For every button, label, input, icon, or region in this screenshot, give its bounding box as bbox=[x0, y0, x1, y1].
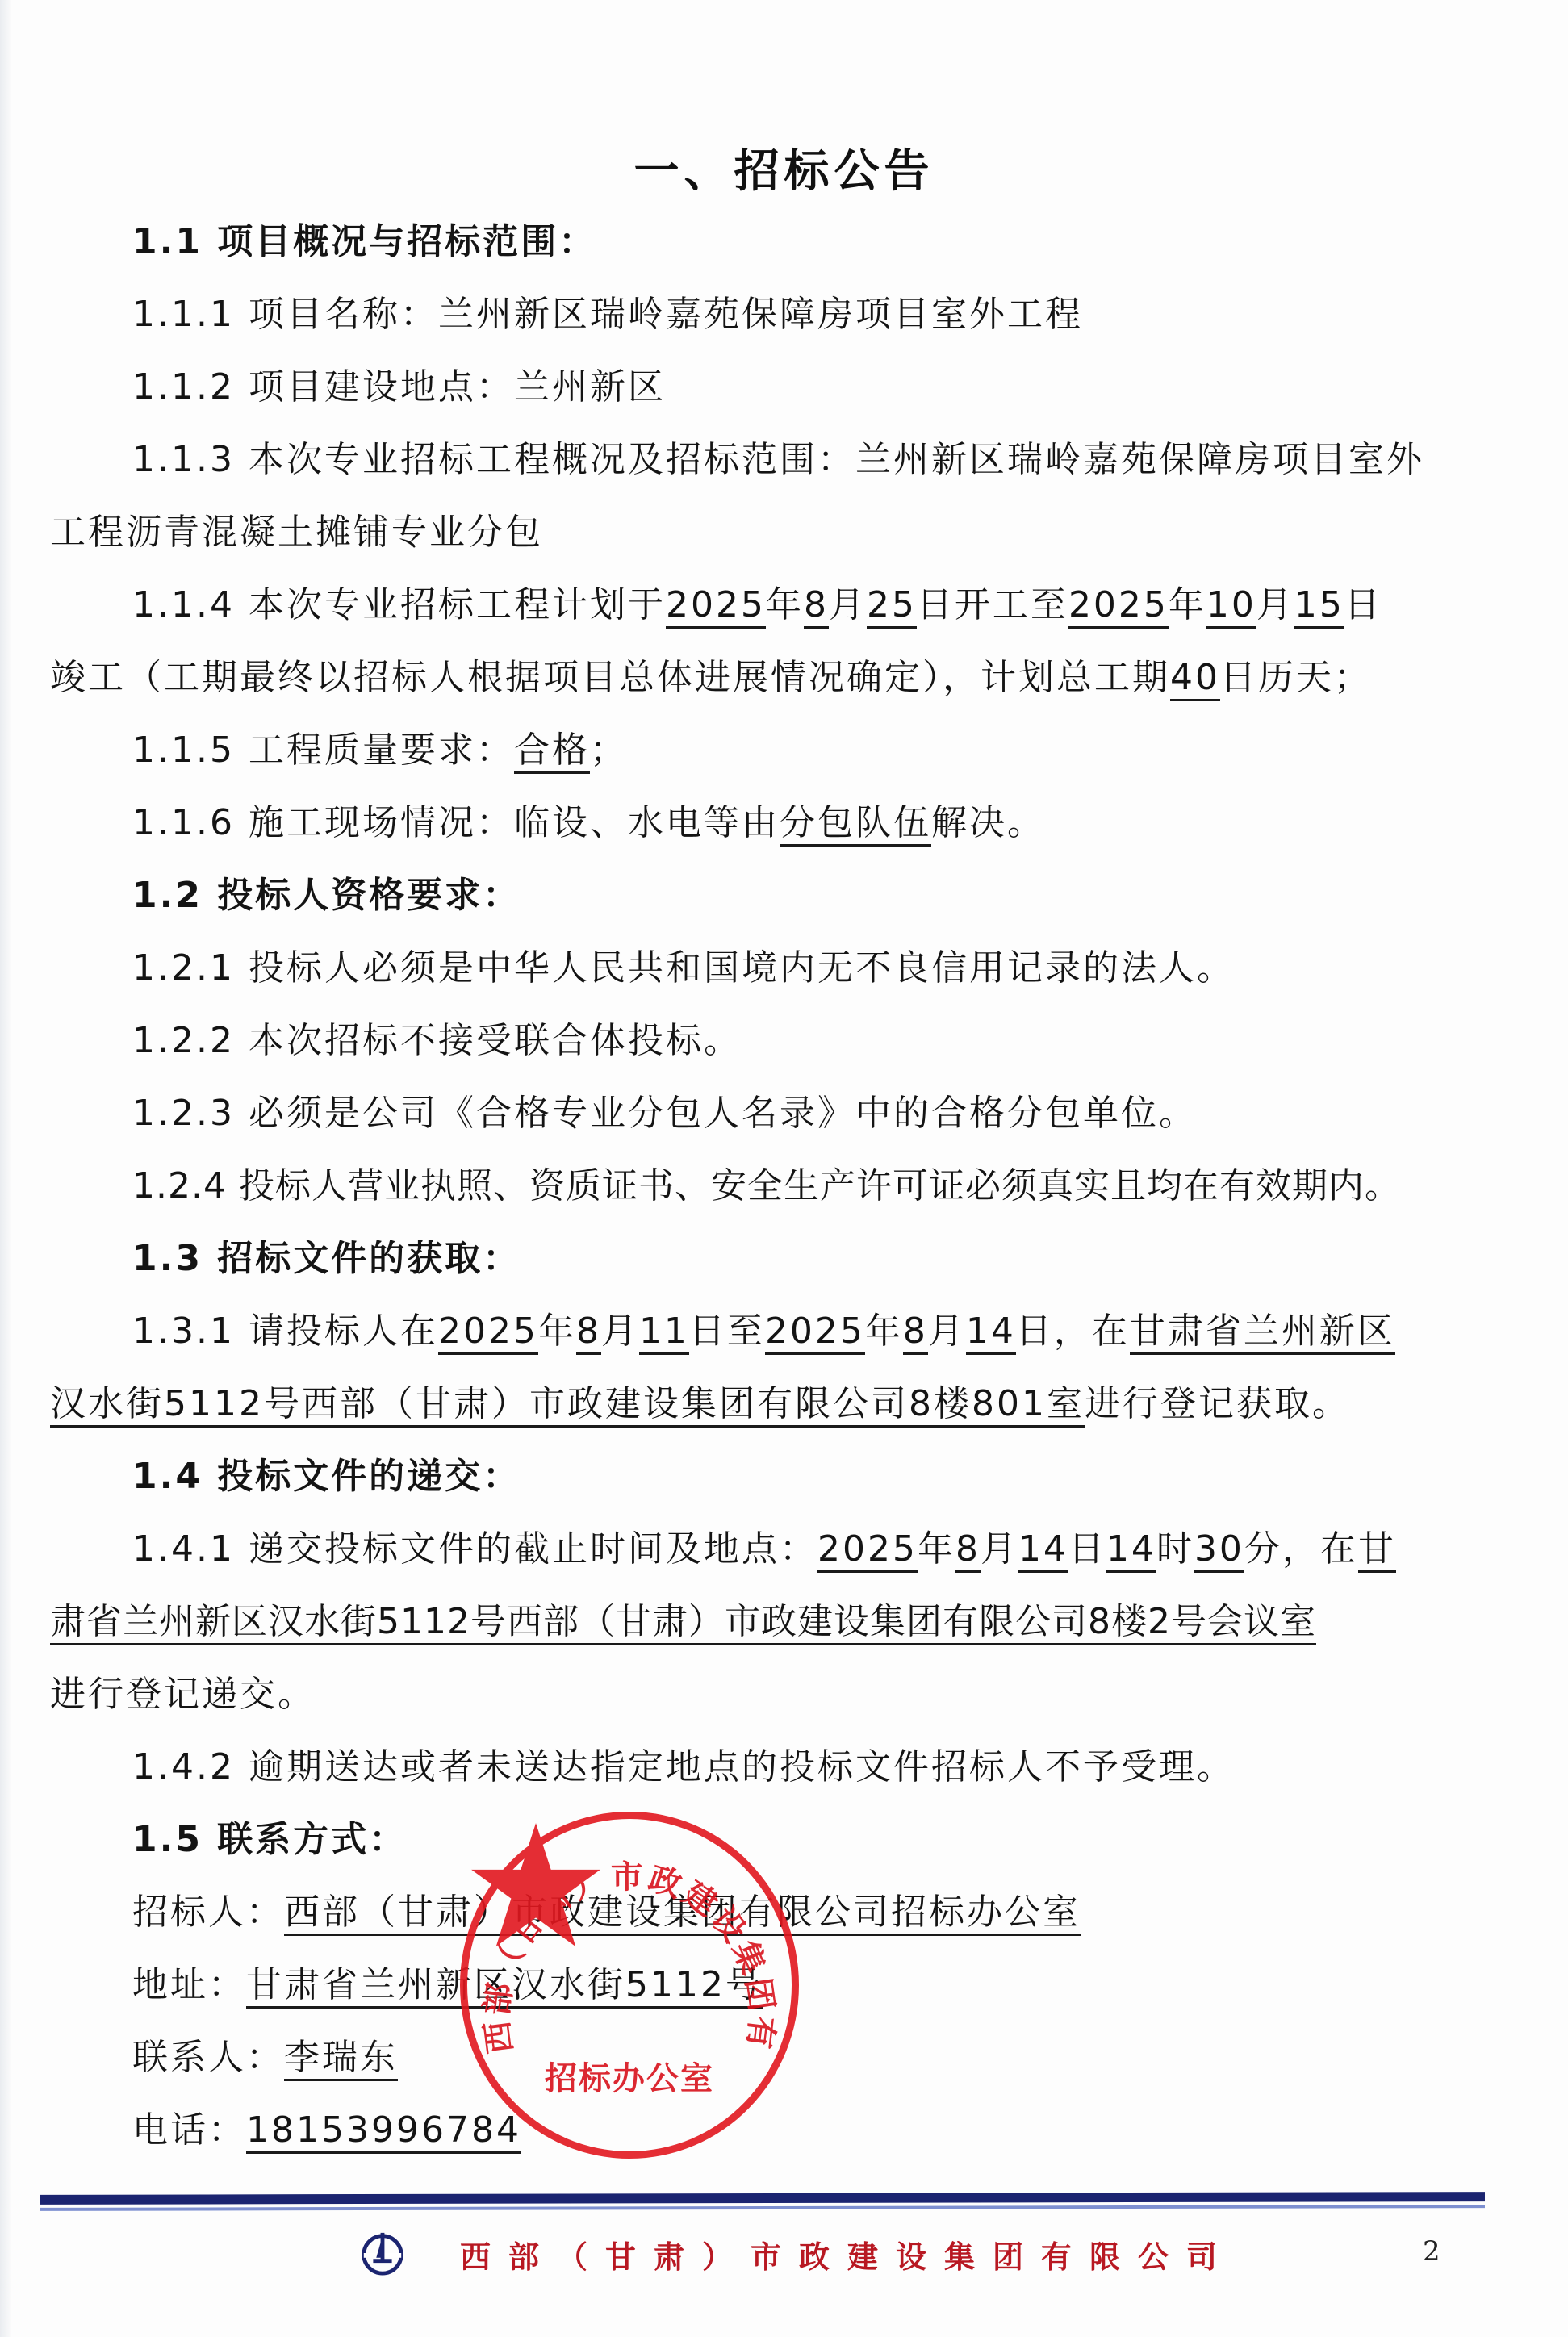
obtain-to-year: 2025 bbox=[765, 1311, 865, 1355]
scan-edge bbox=[0, 0, 11, 2337]
start-day: 25 bbox=[867, 584, 917, 629]
section-heading-1-2: 1.2 投标人资格要求： bbox=[132, 872, 521, 920]
submit-address-part2: 肃省兰州新区汉水街5112号西部（甘肃）市政建设集团有限公司8楼2号会议室 bbox=[50, 1601, 1316, 1645]
contact-address: 地址：甘肃省兰州新区汉水街5112号 bbox=[132, 1961, 763, 2009]
unit-text: 日至 bbox=[689, 1311, 765, 1352]
field-label: 地址： bbox=[132, 1964, 246, 2005]
page-title: 一、招标公告 bbox=[0, 136, 1568, 200]
section-heading-1-5: 1.5 联系方式： bbox=[132, 1816, 407, 1864]
obtain-from-month: 8 bbox=[576, 1311, 601, 1355]
item-1-1-5: 1.1.5 工程质量要求：合格； bbox=[132, 726, 628, 775]
item-1-2-3: 1.2.3 必须是公司《合格专业分包人名录》中的合格分包单位。 bbox=[132, 1089, 1197, 1138]
unit-text: 日 bbox=[1344, 584, 1382, 625]
end-day: 15 bbox=[1294, 584, 1344, 629]
item-1-4-1: 1.4.1 递交投标文件的截止时间及地点：2025年8月14日14时30分，在甘 bbox=[132, 1525, 1396, 1574]
company-logo-icon bbox=[359, 2230, 406, 2276]
item-1-2-2: 1.2.2 本次招标不接受联合体投标。 bbox=[132, 1017, 742, 1065]
deadline-month: 8 bbox=[955, 1528, 981, 1573]
item-1-3-1: 1.3.1 请投标人在2025年8月11日至2025年8月14日，在甘肃省兰州新… bbox=[132, 1307, 1395, 1356]
footer-rule bbox=[40, 2192, 1485, 2205]
unit-text: 日历天； bbox=[1220, 657, 1372, 698]
start-year: 2025 bbox=[666, 584, 766, 629]
field-label: 电话： bbox=[132, 2109, 246, 2151]
item-text: 1.3.1 请投标人在 bbox=[132, 1311, 438, 1352]
obtain-to-day: 14 bbox=[966, 1311, 1016, 1355]
unit-text: 日，在 bbox=[1016, 1311, 1130, 1352]
project-name: 兰州新区瑞岭嘉苑保障房项目室外工程 bbox=[438, 294, 1083, 335]
unit-text: 月 bbox=[829, 584, 867, 625]
start-month: 8 bbox=[804, 584, 829, 629]
punct: ； bbox=[590, 730, 628, 771]
item-label: 1.1.1 项目名称： bbox=[132, 294, 438, 335]
unit-text: 时 bbox=[1156, 1528, 1194, 1570]
duration-days: 40 bbox=[1170, 657, 1220, 701]
item-1-4-2: 1.4.2 逾期送达或者未送达指定地点的投标文件招标人不予受理。 bbox=[132, 1743, 1235, 1791]
item-text: 竣工（工期最终以招标人根据项目总体进展情况确定），计划总工期 bbox=[50, 657, 1170, 698]
deadline-year: 2025 bbox=[817, 1528, 918, 1573]
item-1-3-1-cont: 汉水街5112号西部（甘肃）市政建设集团有限公司8楼801室进行登记获取。 bbox=[50, 1380, 1350, 1428]
item-label: 1.1.3 本次专业招标工程概况及招标范围： bbox=[132, 439, 855, 480]
obtain-address-part1: 甘肃省兰州新区 bbox=[1130, 1311, 1395, 1355]
end-year: 2025 bbox=[1068, 584, 1169, 629]
seal-bottom-text: 招标办公室 bbox=[467, 2053, 792, 2099]
quality-requirement: 合格 bbox=[514, 730, 590, 774]
page-number: 2 bbox=[1423, 2235, 1440, 2268]
item-text: 解决。 bbox=[931, 802, 1045, 843]
submit-address-part1: 甘 bbox=[1358, 1528, 1396, 1573]
obtain-from-year: 2025 bbox=[438, 1311, 538, 1355]
unit-text: 年 bbox=[538, 1311, 576, 1352]
section-heading-1-3: 1.3 招标文件的获取： bbox=[132, 1235, 521, 1283]
field-label: 招标人： bbox=[132, 1892, 284, 1933]
contact-tenderer: 招标人：西部（甘肃）市政建设集团有限公司招标办公室 bbox=[132, 1888, 1081, 1937]
item-1-1-1: 1.1.1 项目名称：兰州新区瑞岭嘉苑保障房项目室外工程 bbox=[132, 291, 1083, 339]
item-1-2-4: 1.2.4 投标人营业执照、资质证书、安全生产许可证必须真实且均在有效期内。 bbox=[132, 1162, 1401, 1210]
item-1-1-3: 1.1.3 本次专业招标工程概况及招标范围：兰州新区瑞岭嘉苑保障房项目室外 bbox=[132, 436, 1424, 484]
svg-text:西部（甘肃）市政建设集团有限公司: 西部（甘肃）市政建设集团有限公司 bbox=[467, 1819, 780, 2055]
scope-line-1: 兰州新区瑞岭嘉苑保障房项目室外 bbox=[855, 439, 1424, 480]
section-heading-1-1: 1.1 项目概况与招标范围： bbox=[132, 218, 596, 266]
item-1-4-1-cont2: 进行登记递交。 bbox=[50, 1670, 316, 1719]
unit-text: 日 bbox=[1068, 1528, 1106, 1570]
unit-text: 月 bbox=[601, 1311, 639, 1352]
obtain-address-part2: 汉水街5112号西部（甘肃）市政建设集团有限公司8楼801室 bbox=[50, 1383, 1085, 1428]
item-text: 1.1.4 本次专业招标工程计划于 bbox=[132, 584, 666, 625]
unit-text: 日开工至 bbox=[917, 584, 1068, 625]
unit-text: 年 bbox=[766, 584, 804, 625]
tenderer-value: 西部（甘肃）市政建设集团有限公司招标办公室 bbox=[284, 1892, 1081, 1936]
footer-rule-thin bbox=[40, 2205, 1485, 2211]
section-heading-1-4: 1.4 投标文件的递交： bbox=[132, 1453, 521, 1501]
unit-text: 月 bbox=[928, 1311, 966, 1352]
deadline-minute: 30 bbox=[1194, 1528, 1244, 1573]
unit-text: 月 bbox=[981, 1528, 1018, 1570]
item-1-1-4-cont: 竣工（工期最终以招标人根据项目总体进展情况确定），计划总工期40日历天； bbox=[50, 654, 1372, 702]
document-page: 一、招标公告 1.1 项目概况与招标范围： 1.1.1 项目名称：兰州新区瑞岭嘉… bbox=[0, 0, 1568, 2337]
item-text: 1.4.1 递交投标文件的截止时间及地点： bbox=[132, 1528, 817, 1570]
unit-text: 月 bbox=[1256, 584, 1294, 625]
project-location: 兰州新区 bbox=[514, 366, 666, 408]
obtain-to-month: 8 bbox=[903, 1311, 928, 1355]
item-label: 1.1.5 工程质量要求： bbox=[132, 730, 514, 771]
unit-text: 分，在 bbox=[1244, 1528, 1358, 1570]
unit-text: 年 bbox=[918, 1528, 955, 1570]
item-1-2-1: 1.2.1 投标人必须是中华人民共和国境内无不良信用记录的法人。 bbox=[132, 944, 1235, 993]
contact-phone: 电话：18153996784 bbox=[132, 2106, 521, 2155]
obtain-from-day: 11 bbox=[639, 1311, 689, 1355]
end-month: 10 bbox=[1206, 584, 1256, 629]
footer-company-name: 西部（甘肃）市政建设集团有限公司 bbox=[460, 2232, 1235, 2276]
item-1-1-4: 1.1.4 本次专业招标工程计划于2025年8月25日开工至2025年10月15… bbox=[132, 581, 1382, 629]
unit-text: 年 bbox=[865, 1311, 903, 1352]
item-1-1-6: 1.1.6 施工现场情况：临设、水电等由分包队伍解决。 bbox=[132, 799, 1045, 847]
deadline-day: 14 bbox=[1018, 1528, 1068, 1573]
field-label: 联系人： bbox=[132, 2037, 284, 2078]
item-label: 1.1.2 项目建设地点： bbox=[132, 366, 514, 408]
item-text: 进行登记获取。 bbox=[1085, 1383, 1350, 1424]
item-1-1-2: 1.1.2 项目建设地点：兰州新区 bbox=[132, 363, 666, 412]
contact-person: 联系人：李瑞东 bbox=[132, 2034, 398, 2082]
item-label: 1.1.6 施工现场情况：临设、水电等由 bbox=[132, 802, 780, 843]
deadline-hour: 14 bbox=[1106, 1528, 1156, 1573]
unit-text: 年 bbox=[1169, 584, 1206, 625]
item-1-1-3-cont: 工程沥青混凝土摊铺专业分包 bbox=[50, 508, 543, 557]
responsible-party: 分包队伍 bbox=[780, 802, 931, 847]
phone-value: 18153996784 bbox=[246, 2109, 521, 2154]
contact-person-value: 李瑞东 bbox=[284, 2037, 398, 2081]
item-1-4-1-cont: 肃省兰州新区汉水街5112号西部（甘肃）市政建设集团有限公司8楼2号会议室 bbox=[50, 1598, 1316, 1646]
address-value: 甘肃省兰州新区汉水街5112号 bbox=[246, 1964, 763, 2009]
